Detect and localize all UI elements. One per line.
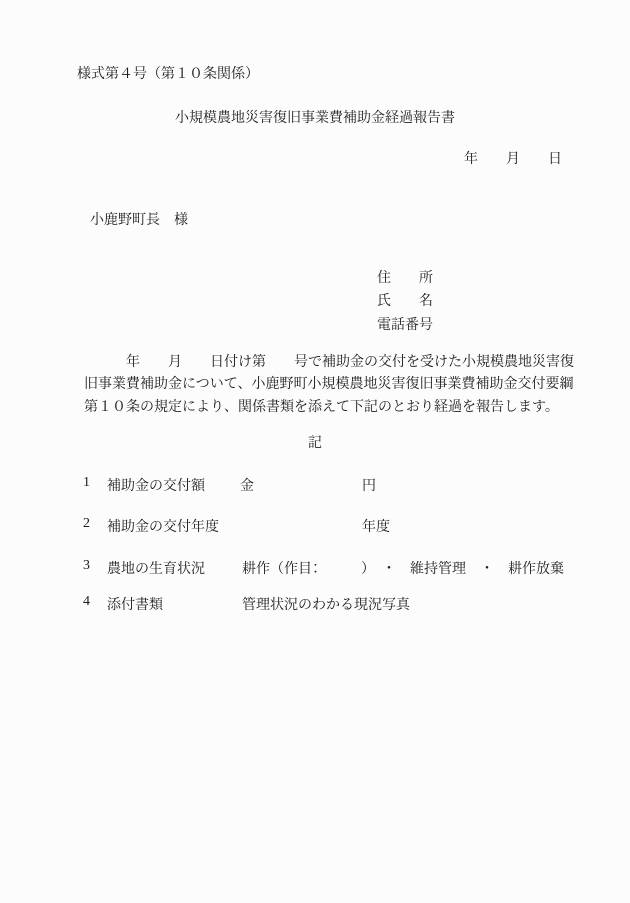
body-paragraph: 年 月 日付け第 号で補助金の交付を受けた小規模農地災害復 旧事業費補助金につい… — [84, 352, 574, 419]
item-row-farmland-status: 3 農地の生育状況 耕作（作目： ） ・ 維持管理 ・ 耕作放棄 — [0, 558, 630, 578]
body-line-3: 第１０条の規定により、関係書類を添えて下記のとおり経過を報告します。 — [84, 397, 574, 419]
item-label: 添付書類 — [107, 594, 163, 614]
item-value-currency-prefix: 金 — [240, 475, 254, 495]
item-label: 補助金の交付額 — [107, 475, 205, 495]
date-line: 年 月 日 — [464, 148, 562, 168]
item-row-attached-documents: 4 添付書類 管理状況のわかる現況写真 — [0, 594, 630, 614]
item-value-currency-unit: 円 — [362, 475, 376, 495]
record-heading: 記 — [0, 432, 630, 452]
item-value-status-options: 耕作（作目： ） ・ 維持管理 ・ 耕作放棄 — [242, 558, 564, 578]
item-row-subsidy-fiscal-year: 2 補助金の交付年度 年度 — [0, 516, 630, 536]
item-number: 4 — [83, 594, 90, 610]
sender-name-label: 氏 名 — [377, 290, 433, 313]
document-page: 様式第４号（第１０条関係） 小規模農地災害復旧事業費補助金経過報告書 年 月 日… — [0, 0, 630, 903]
item-row-subsidy-amount: 1 補助金の交付額 金 円 — [0, 475, 630, 495]
item-value-attachment-description: 管理状況のわかる現況写真 — [242, 594, 410, 614]
body-line-2: 旧事業費補助金について、小鹿野町小規模農地災害復旧事業費補助金交付要綱 — [84, 374, 574, 396]
item-label: 補助金の交付年度 — [107, 516, 219, 536]
document-title: 小規模農地災害復旧事業費補助金経過報告書 — [0, 107, 630, 127]
sender-block: 住 所 氏 名 電話番号 — [377, 267, 433, 337]
body-line-1: 年 月 日付け第 号で補助金の交付を受けた小規模農地災害復 — [84, 352, 574, 374]
addressee-line: 小鹿野町長 様 — [90, 209, 188, 229]
item-number: 1 — [83, 475, 90, 491]
item-label: 農地の生育状況 — [107, 558, 205, 578]
sender-phone-label: 電話番号 — [377, 314, 433, 337]
sender-address-label: 住 所 — [377, 267, 433, 290]
item-value-fiscal-year-unit: 年度 — [362, 516, 390, 536]
form-number: 様式第４号（第１０条関係） — [77, 63, 259, 83]
item-number: 3 — [83, 558, 90, 574]
item-number: 2 — [83, 516, 90, 532]
